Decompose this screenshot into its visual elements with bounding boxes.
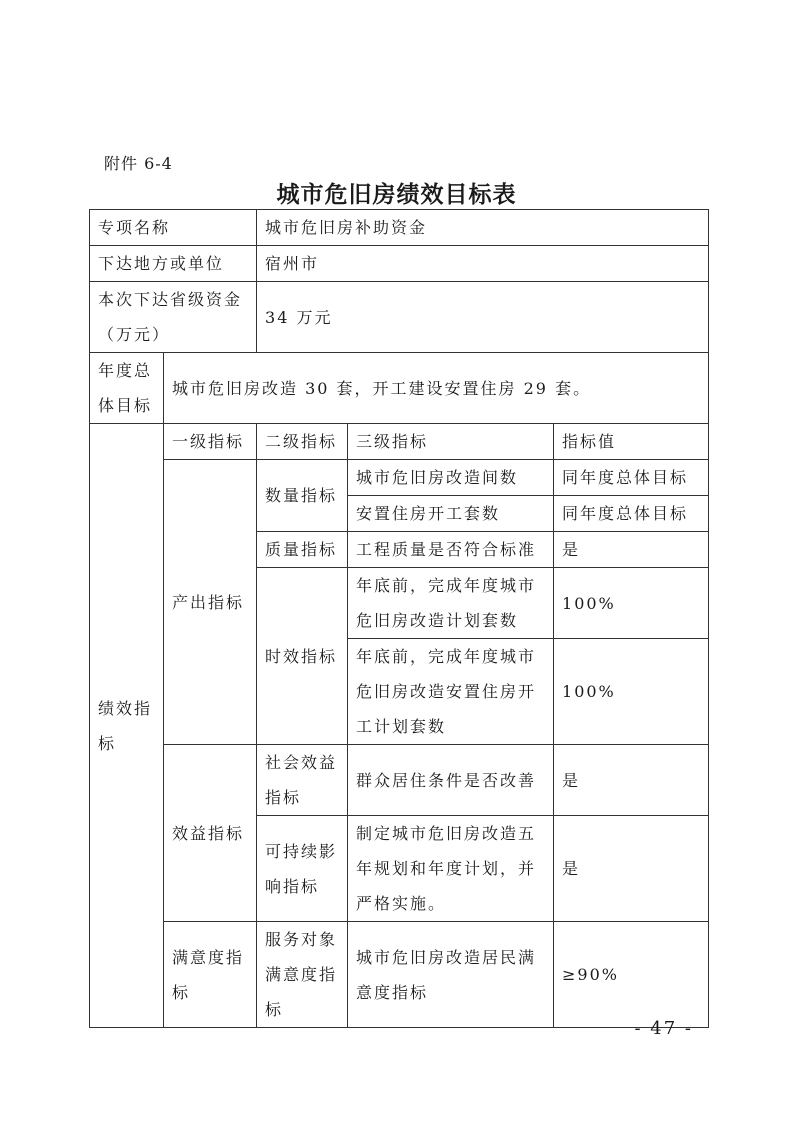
funds-value: 34 万元: [257, 282, 709, 353]
recipient-label: 下达地方或单位: [90, 246, 257, 282]
level2-service-satisfaction: 服务对象满意度指标: [257, 922, 348, 1028]
header-level1: 一级指标: [164, 424, 257, 460]
table-row: 年度总体目标 城市危旧房改造 30 套，开工建设安置住房 29 套。: [90, 353, 709, 424]
level3-cell: 年底前，完成年度城市危旧房改造计划套数: [348, 568, 554, 639]
value-cell: 是: [554, 816, 709, 922]
annual-goal-value: 城市危旧房改造 30 套，开工建设安置住房 29 套。: [164, 353, 709, 424]
table-row: 本次下达省级资金（万元） 34 万元: [90, 282, 709, 353]
level2-social: 社会效益指标: [257, 745, 348, 816]
value-cell: 100%: [554, 568, 709, 639]
value-cell: 同年度总体目标: [554, 496, 709, 532]
table-row: 满意度指标 服务对象满意度指标 城市危旧房改造居民满意度指标 ≥90%: [90, 922, 709, 1028]
table-row: 产出指标 数量指标 城市危旧房改造间数 同年度总体目标: [90, 460, 709, 496]
level3-cell: 城市危旧房改造居民满意度指标: [348, 922, 554, 1028]
annual-goal-label: 年度总体目标: [90, 353, 164, 424]
level3-cell: 制定城市危旧房改造五年规划和年度计划，并严格实施。: [348, 816, 554, 922]
funds-label: 本次下达省级资金（万元）: [90, 282, 257, 353]
header-level3: 三级指标: [348, 424, 554, 460]
level2-quantity: 数量指标: [257, 460, 348, 532]
value-cell: 100%: [554, 639, 709, 745]
indicators-section-label: 绩效指标: [90, 424, 164, 1028]
value-cell: 是: [554, 745, 709, 816]
recipient-value: 宿州市: [257, 246, 709, 282]
header-value: 指标值: [554, 424, 709, 460]
table-row: 效益指标 社会效益指标 群众居住条件是否改善 是: [90, 745, 709, 816]
attachment-label: 附件 6-4: [104, 151, 173, 174]
level3-cell: 年底前，完成年度城市危旧房改造安置住房开工计划套数: [348, 639, 554, 745]
level2-timeliness: 时效指标: [257, 568, 348, 745]
level3-cell: 工程质量是否符合标准: [348, 532, 554, 568]
page-number: - 47 -: [634, 1018, 693, 1039]
level3-cell: 群众居住条件是否改善: [348, 745, 554, 816]
level1-benefit: 效益指标: [164, 745, 257, 922]
project-name-value: 城市危旧房补助资金: [257, 210, 709, 246]
table-row: 专项名称 城市危旧房补助资金: [90, 210, 709, 246]
level2-quality: 质量指标: [257, 532, 348, 568]
value-cell: 同年度总体目标: [554, 460, 709, 496]
value-cell: 是: [554, 532, 709, 568]
level2-sustainability: 可持续影响指标: [257, 816, 348, 922]
performance-target-table: 专项名称 城市危旧房补助资金 下达地方或单位 宿州市 本次下达省级资金（万元） …: [89, 209, 709, 1028]
table-row: 下达地方或单位 宿州市: [90, 246, 709, 282]
level1-output: 产出指标: [164, 460, 257, 745]
level1-satisfaction: 满意度指标: [164, 922, 257, 1028]
page-title: 城市危旧房绩效目标表: [0, 176, 793, 209]
level3-cell: 城市危旧房改造间数: [348, 460, 554, 496]
project-name-label: 专项名称: [90, 210, 257, 246]
header-level2: 二级指标: [257, 424, 348, 460]
table-header-row: 绩效指标 一级指标 二级指标 三级指标 指标值: [90, 424, 709, 460]
value-cell: ≥90%: [554, 922, 709, 1028]
level3-cell: 安置住房开工套数: [348, 496, 554, 532]
